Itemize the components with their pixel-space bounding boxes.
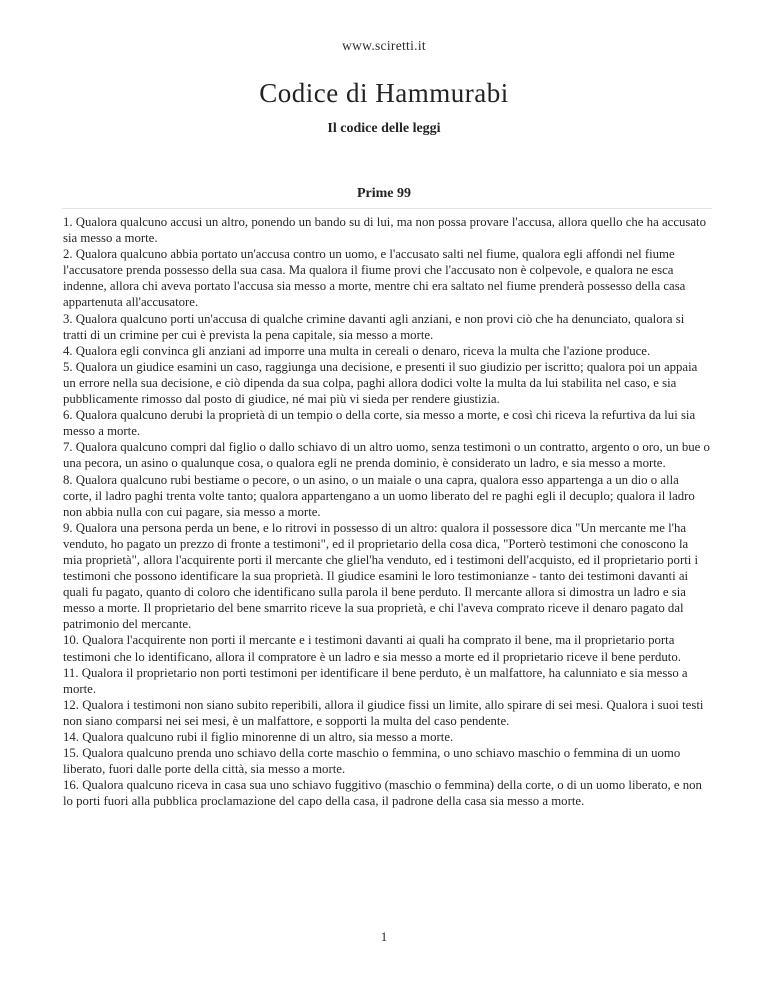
law-paragraph: 14. Qualora qualcuno rubi il figlio mino…	[63, 729, 710, 745]
law-paragraph: 3. Qualora qualcuno porti un'accusa di q…	[63, 311, 710, 343]
document-page: www.sciretti.it Codice di Hammurabi Il c…	[0, 0, 768, 994]
document-title: Codice di Hammurabi	[0, 78, 768, 109]
law-paragraph: 1. Qualora qualcuno accusi un altro, pon…	[63, 214, 710, 246]
section-divider-rule	[62, 208, 712, 209]
law-paragraph: 12. Qualora i testimoni non siano subito…	[63, 697, 710, 729]
law-paragraph: 11. Qualora il proprietario non porti te…	[63, 665, 710, 697]
law-paragraph: 15. Qualora qualcuno prenda uno schiavo …	[63, 745, 710, 777]
law-paragraph: 6. Qualora qualcuno derubi la proprietà …	[63, 407, 710, 439]
section-heading: Prime 99	[0, 186, 768, 202]
law-paragraph: 16. Qualora qualcuno riceva in casa sua …	[63, 777, 710, 809]
law-paragraph: 8. Qualora qualcuno rubi bestiame o peco…	[63, 472, 710, 520]
law-paragraph: 2. Qualora qualcuno abbia portato un'acc…	[63, 246, 710, 310]
law-paragraph: 5. Qualora un giudice esamini un caso, r…	[63, 359, 710, 407]
page-number: 1	[0, 929, 768, 945]
law-paragraph: 10. Qualora l'acquirente non porti il me…	[63, 632, 710, 664]
header-site-url: www.sciretti.it	[0, 38, 768, 54]
law-paragraph: 9. Qualora una persona perda un bene, e …	[63, 520, 710, 633]
law-paragraph: 4. Qualora egli convinca gli anziani ad …	[63, 343, 710, 359]
law-paragraphs-block: 1. Qualora qualcuno accusi un altro, pon…	[63, 214, 710, 809]
document-subtitle: Il codice delle leggi	[0, 121, 768, 137]
law-paragraph: 7. Qualora qualcuno compri dal figlio o …	[63, 439, 710, 471]
